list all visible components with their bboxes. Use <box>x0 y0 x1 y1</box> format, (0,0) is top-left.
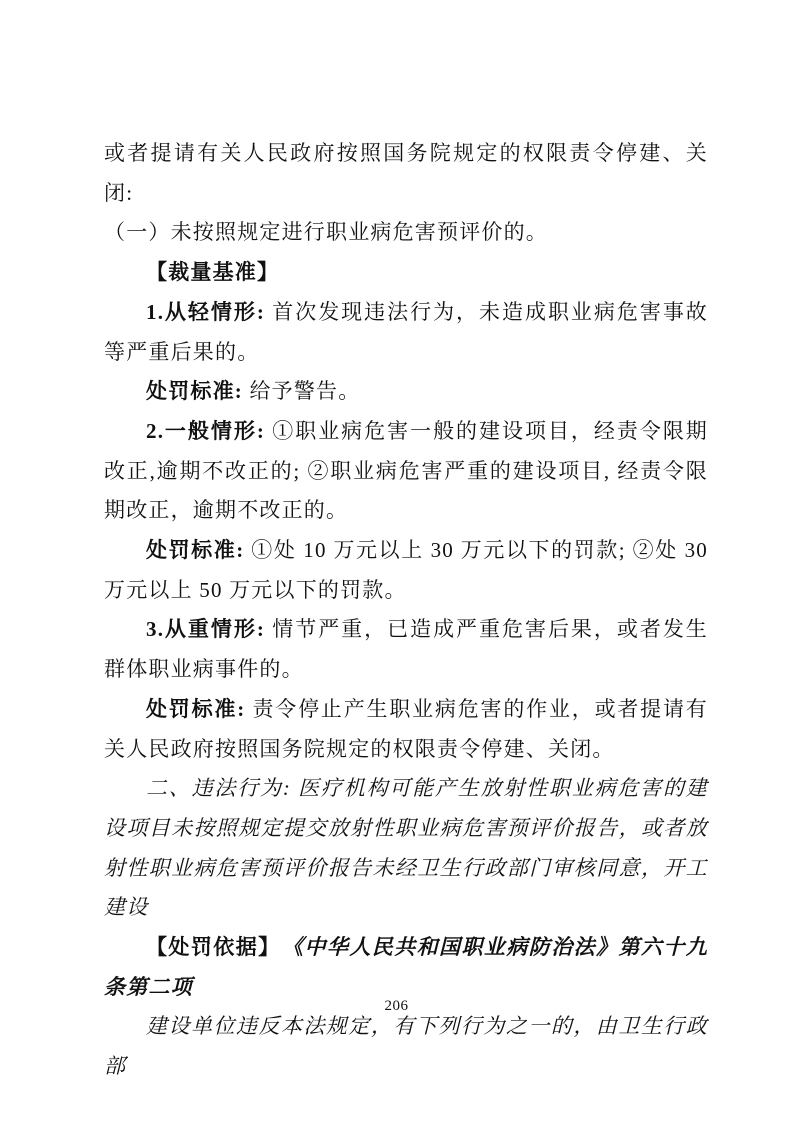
document-page: 或者提请有关人民政府按照国务院规定的权限责令停建、关闭: （一）未按照规定进行职… <box>0 0 793 1122</box>
para-lenient-circumstance: 1.从轻情形: 首次发现违法行为，未造成职业病危害事故等严重后果的。 <box>104 293 708 372</box>
heading-penalty-basis: 【处罚依据】 《中华人民共和国职业病防治法》第六十九条第二项 <box>104 928 708 1007</box>
para-general-circumstance: 2.一般情形: ①职业病危害一般的建设项目，经责令限期改正,逾期不改正的; ②职… <box>104 412 708 531</box>
page-number: 206 <box>0 998 793 1015</box>
run-in-label: 2.一般情形: <box>146 419 265 443</box>
page-content: 或者提请有关人民政府按照国务院规定的权限责令停建、关闭: （一）未按照规定进行职… <box>104 134 708 1087</box>
run-in-label: 处罚标准: <box>146 379 243 403</box>
para-item-one: （一）未按照规定进行职业病危害预评价的。 <box>104 213 708 253</box>
para-law-excerpt: 建设单位违反本法规定，有下列行为之一的，由卫生行政部 <box>104 1007 708 1086</box>
para-text: （一）未按照规定进行职业病危害预评价的。 <box>104 220 548 244</box>
para-severe-circumstance: 3.从重情形: 情节严重，已造成严重危害后果，或者发生群体职业病事件的。 <box>104 610 708 689</box>
para-text: 二、违法行为: 医疗机构可能产生放射性职业病危害的建设项目未按照规定提交放射性职… <box>104 776 708 919</box>
run-in-label: 处罚标准: <box>146 538 244 562</box>
para-text: 给予警告。 <box>243 379 360 403</box>
para-text: 建设单位违反本法规定，有下列行为之一的，由卫生行政部 <box>104 1014 708 1078</box>
run-in-label: 处罚标准: <box>146 697 245 721</box>
section-heading-label: 【裁量基准】 <box>146 260 279 284</box>
section-heading-label: 【处罚依据】 <box>146 935 270 959</box>
heading-discretion-criteria: 【裁量基准】 <box>104 253 708 293</box>
para-penalty-standard-2: 处罚标准: ①处 10 万元以上 30 万元以下的罚款; ②处 30 万元以上 … <box>104 531 708 610</box>
run-in-label: 1.从轻情形: <box>146 300 265 324</box>
para-continuation-closure: 或者提请有关人民政府按照国务院规定的权限责令停建、关闭: <box>104 134 708 213</box>
para-penalty-standard-3: 处罚标准: 责令停止产生职业病危害的作业，或者提请有关人民政府按照国务院规定的权… <box>104 690 708 769</box>
para-text: 或者提请有关人民政府按照国务院规定的权限责令停建、关闭: <box>104 141 708 205</box>
para-violation-two: 二、违法行为: 医疗机构可能产生放射性职业病危害的建设项目未按照规定提交放射性职… <box>104 769 708 928</box>
run-in-label: 3.从重情形: <box>146 617 265 641</box>
para-penalty-standard-1: 处罚标准: 给予警告。 <box>104 372 708 412</box>
